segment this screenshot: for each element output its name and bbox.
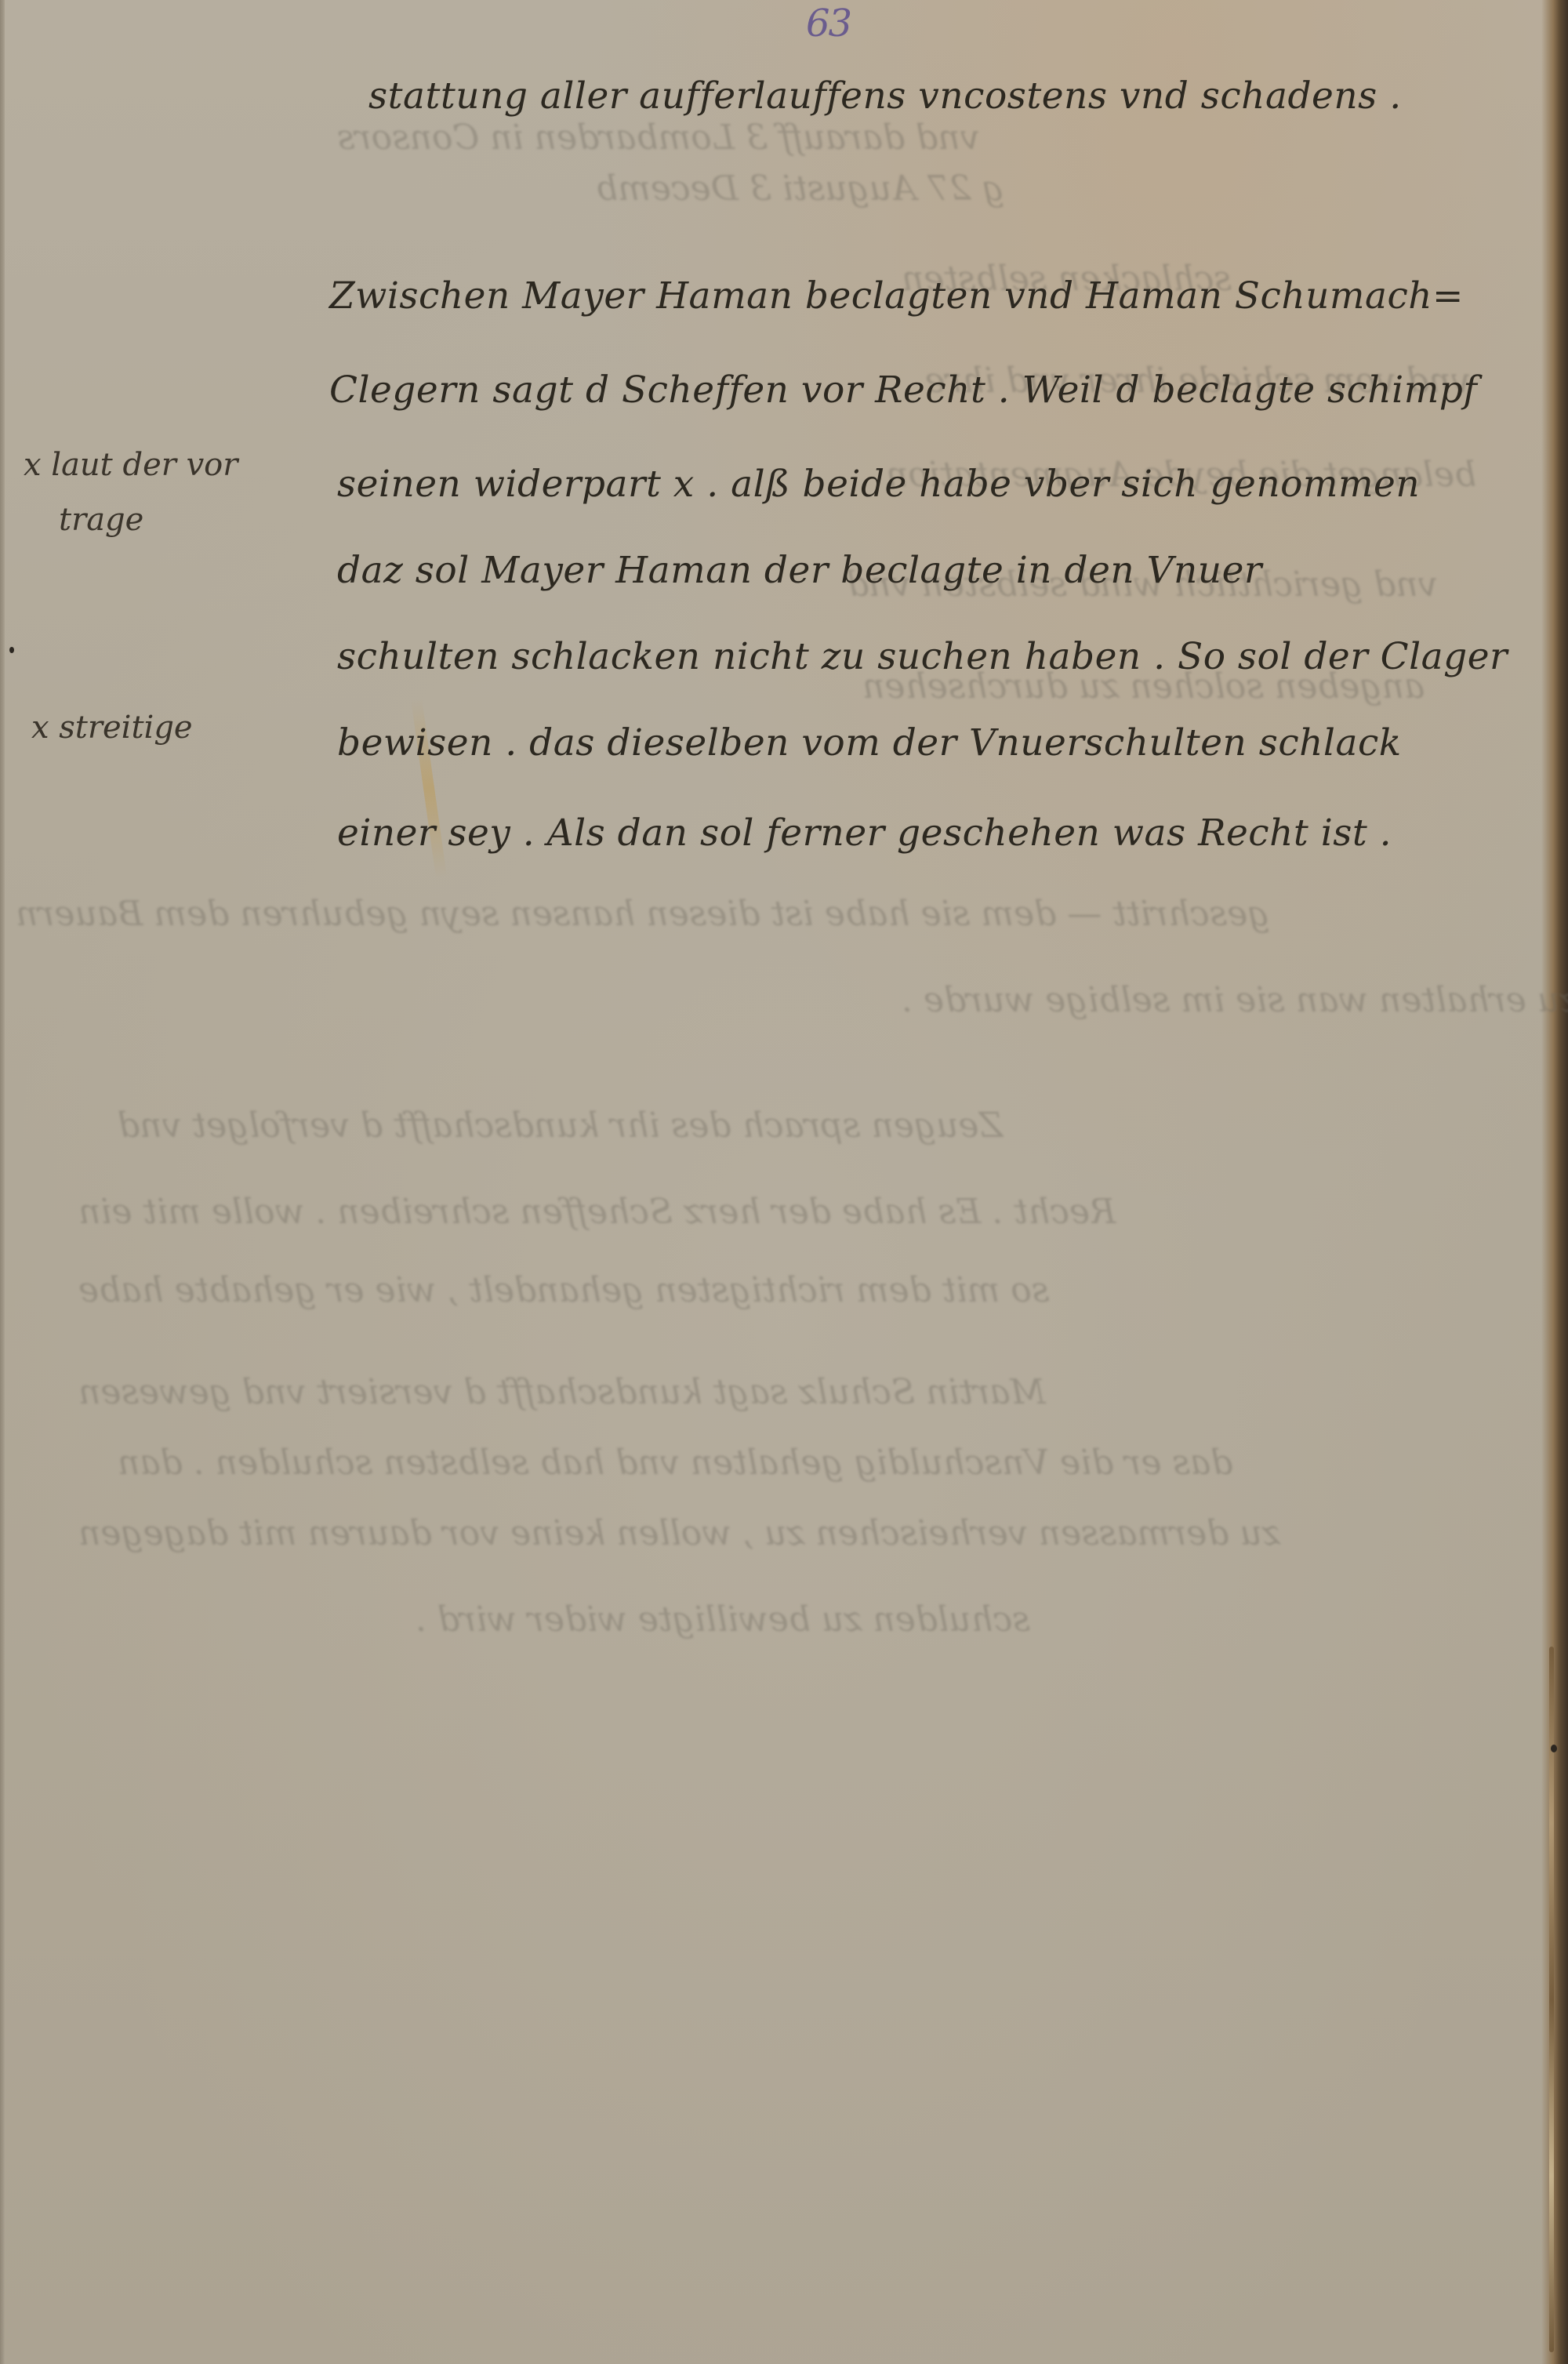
bleed-through-line: Zeugen sprach des ihr kundschafft d verf… [118, 1106, 1003, 1146]
bleed-through-line: Martin Schulz sagt kundschafft d versier… [78, 1372, 1046, 1412]
bleed-through-line: das er die Vnschuldig gehalten vnd hab s… [118, 1443, 1232, 1483]
bleed-through-line: geschritt — dem sie habe ist diesen hans… [16, 894, 1269, 934]
ink-speck [9, 647, 14, 653]
bleed-through-line: g 27 Augusti 3 Decemb [596, 169, 1004, 209]
main-text-line-7: bewisen . das dieselben vom der Vnuersch… [337, 721, 1402, 764]
bleed-through-line: Recht . Es habe der herz Scheffen schrei… [78, 1192, 1116, 1232]
ink-speck [1551, 1745, 1557, 1752]
main-text-line-5: daz sol Mayer Haman der beclagte in den … [337, 549, 1262, 592]
margin-note-1: x laut der vor [24, 447, 238, 483]
bleed-through-line: so mit dem richtigsten gehandelt , wie e… [78, 1270, 1049, 1310]
margin-note-1-cont: trage [59, 502, 143, 538]
main-text-line-6: schulten schlacken nicht zu suchen haben… [337, 635, 1508, 678]
main-text-line-8: einer sey . Als dan sol ferner geschehen… [337, 812, 1392, 855]
edge-tear [1549, 1647, 1554, 2352]
folio-number: 63 [806, 2, 851, 45]
main-text-line-4: seinen widerpart x . alß beide habe vber… [337, 463, 1420, 506]
bleed-through-line: zu dermassen verheischen zu , wollen kei… [78, 1513, 1280, 1553]
main-text-line-2: Zwischen Mayer Haman beclagten vnd Haman… [329, 274, 1464, 318]
bleed-through-line: schulden zu bewilligte wider wird . [416, 1600, 1030, 1640]
bleed-through-line: vnd darauff 3 Lombarden in Consors [337, 118, 979, 158]
margin-note-2: x streitige [31, 710, 193, 746]
binding-edge [0, 0, 5, 2364]
worn-right-edge [1541, 0, 1568, 2364]
main-text-line-3: Clegern sagt d Scheffen vor Recht . Weil… [329, 369, 1477, 412]
bleed-through-line: mit zu erhalten wan sie im selbige wurde… [902, 980, 1568, 1020]
manuscript-page: 63 vnd darauff 3 Lombarden in Consors g … [0, 0, 1568, 2364]
main-text-line-1: stattung aller aufferlauffens vncostens … [368, 74, 1402, 118]
